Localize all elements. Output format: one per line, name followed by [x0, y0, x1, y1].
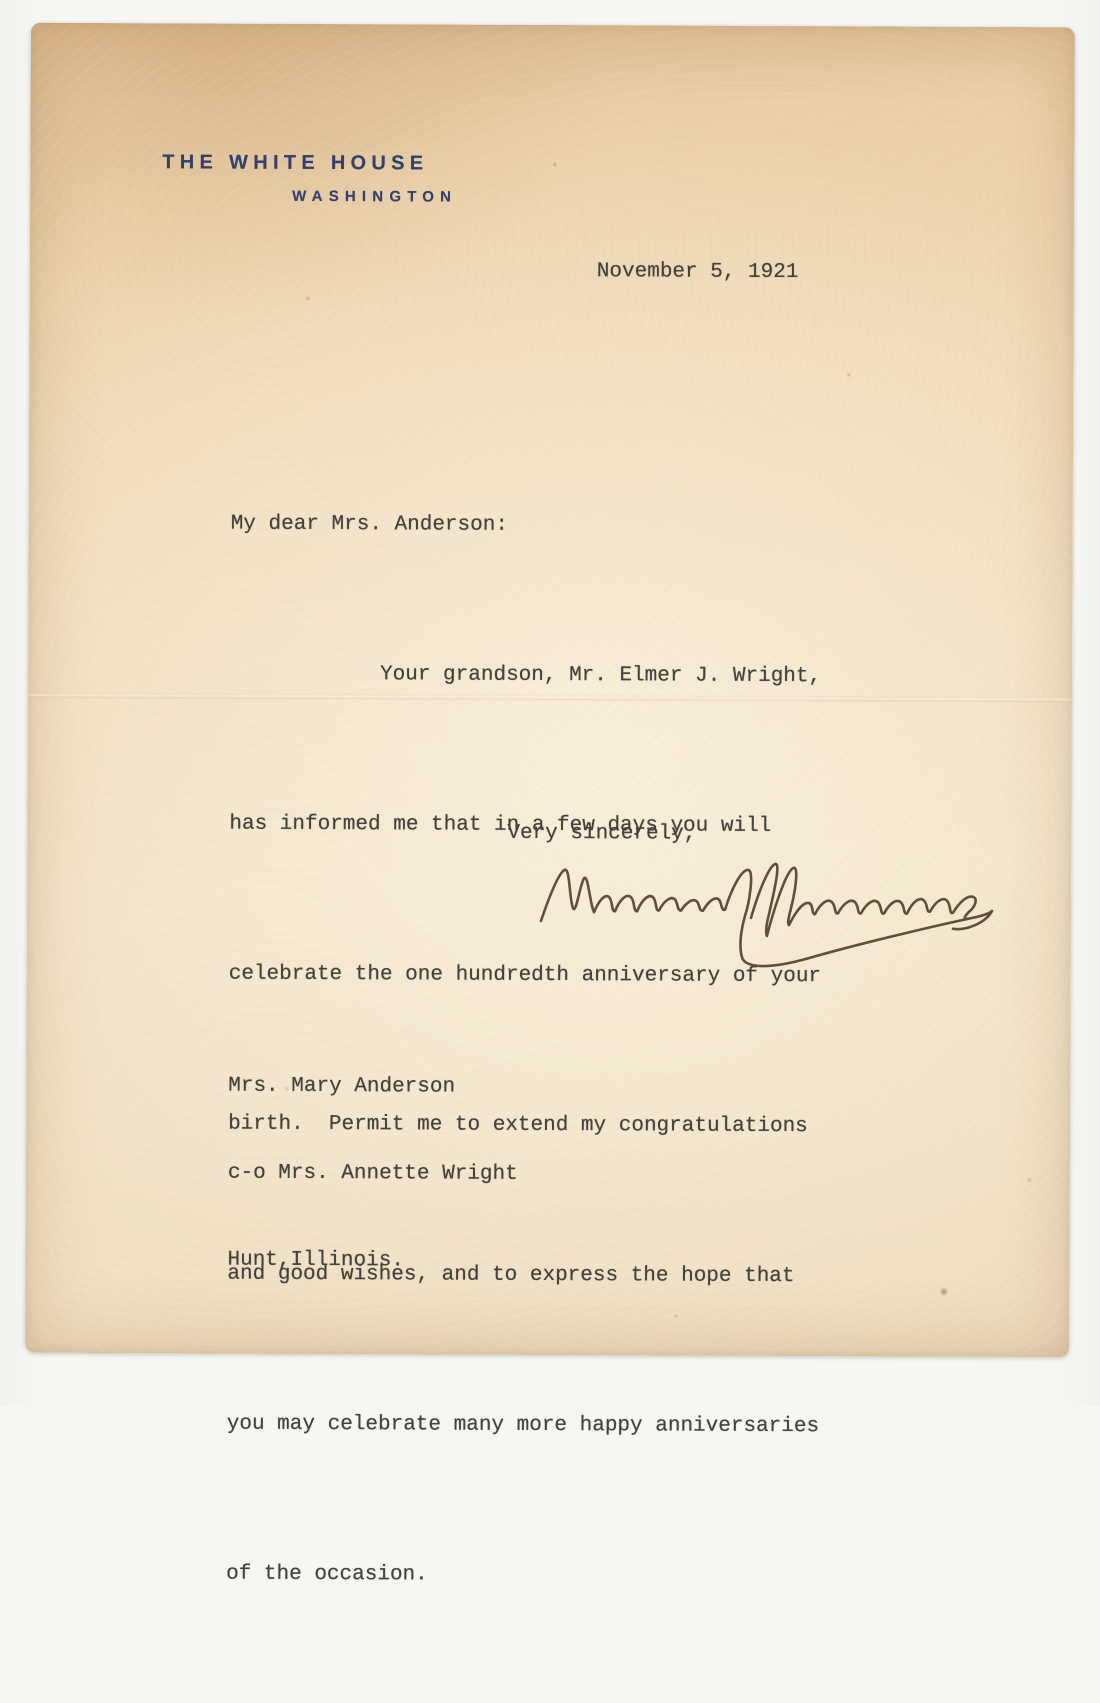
foxing-spot	[846, 372, 851, 377]
letterhead-white-house: THE WHITE HOUSE	[162, 151, 428, 174]
recipient-address: Mrs. Mary Anderson c-o Mrs. Annette Wrig…	[227, 1014, 518, 1334]
body-line: Your grandson, Mr. Elmer J. Wright,	[230, 650, 880, 703]
recipient-line: c-o Mrs. Annette Wright	[228, 1159, 518, 1189]
letter-paper: THE WHITE HOUSE WASHINGTON November 5, 1…	[25, 23, 1075, 1358]
signature-autograph	[519, 855, 1020, 977]
foxing-spot	[552, 162, 557, 167]
closing-line: Very sincerely,	[507, 821, 696, 848]
recipient-line: Hunt,Illinois.	[227, 1246, 517, 1276]
foxing-spot	[305, 296, 311, 301]
body-line: you may celebrate many more happy annive…	[227, 1400, 877, 1406]
date-line: November 5, 1921	[597, 259, 799, 286]
letterhead-washington: WASHINGTON	[292, 188, 457, 206]
salutation: My dear Mrs. Anderson:	[231, 500, 881, 553]
recipient-line: Mrs. Mary Anderson	[228, 1072, 518, 1102]
foxing-spot	[1026, 1177, 1033, 1183]
foxing-spot	[939, 1288, 948, 1296]
